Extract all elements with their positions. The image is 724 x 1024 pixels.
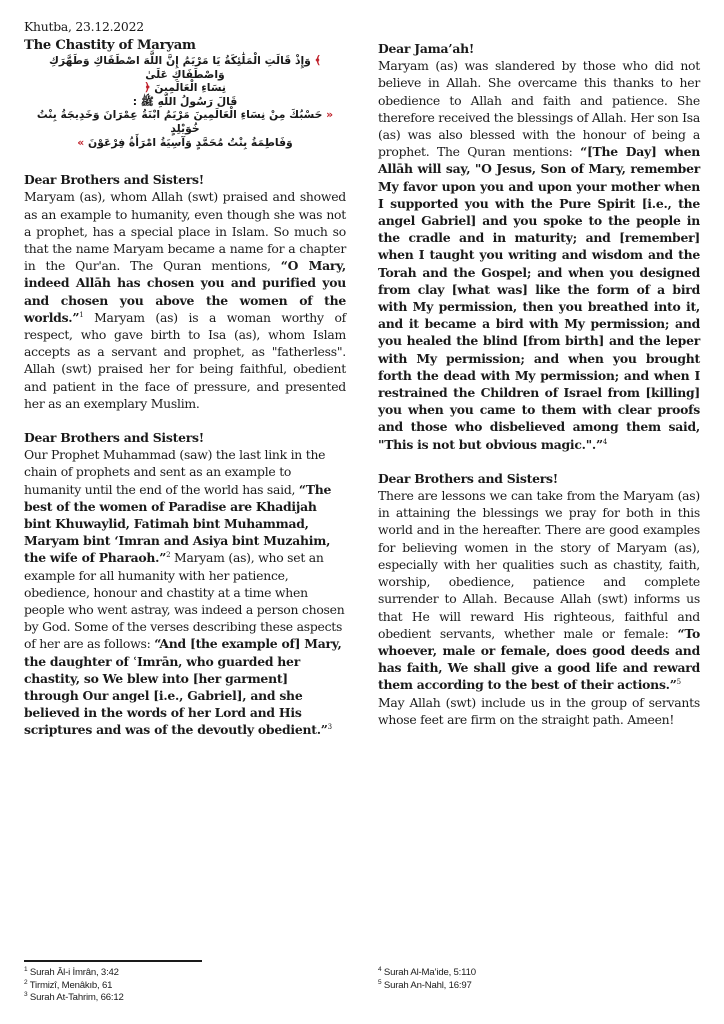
guillemet-open: « — [326, 108, 333, 121]
footnotes-left: 1 Surah Âl-i İmrân, 3:42 2 Tirmizî, Menâ… — [24, 967, 124, 1005]
footnote-ref-3[interactable]: 3 — [328, 723, 332, 731]
footnote-separator — [24, 960, 202, 962]
section-heading-4: Dear Brothers and Sisters! — [378, 470, 700, 487]
footnote-ref-5[interactable]: 5 — [677, 678, 681, 686]
footnote-5: 5 Surah An-Nahl, 16:97 — [378, 980, 476, 993]
khutba-date: Khutba, 23.12.2022 — [24, 18, 346, 35]
quran-quote-3: “And [the example of] Mary, the daughter… — [24, 636, 342, 737]
section-3-paragraph: Maryam (as) was slandered by those who d… — [378, 57, 700, 453]
section-4-paragraph: There are lessons we can take from the M… — [378, 487, 700, 693]
arabic-verse-line-2: نِسَاءِ الْعَالَمِينَ ﴿ — [24, 81, 346, 95]
left-column: Khutba, 23.12.2022 The Chastity of Marya… — [24, 18, 346, 739]
footnote-4: 4 Surah Al-Ma’ide, 5:110 — [378, 967, 476, 980]
arabic-hadith-line-2: وَفَاطِمَةُ بِنْتُ مُحَمَّدٍ وَآسِيَةُ ا… — [24, 136, 346, 150]
arabic-verse-line-1: ﴾ وَإِذْ قَالَتِ الْمَلَٰئِكَةُ يَا مَرْ… — [24, 54, 346, 81]
footnote-1: 1 Surah Âl-i İmrân, 3:42 — [24, 967, 124, 980]
arabic-hadith-intro: قَالَ رَسُولُ اللّهِ ﷺ : — [24, 95, 346, 109]
arabic-verse-block: ﴾ وَإِذْ قَالَتِ الْمَلَٰئِكَةُ يَا مَرْ… — [24, 54, 346, 149]
footnotes-right: 4 Surah Al-Ma’ide, 5:110 5 Surah An-Nahl… — [378, 967, 476, 992]
closing-prayer: May Allah (swt) include us in the group … — [378, 694, 700, 728]
guillemet-close: » — [77, 136, 84, 149]
footnote-2: 2 Tirmizî, Menâkıb, 61 — [24, 980, 124, 993]
ornate-bracket-close: ﴿ — [144, 81, 150, 94]
footnote-ref-4[interactable]: 4 — [603, 438, 607, 446]
footnote-3: 3 Surah At-Tahrim, 66:12 — [24, 992, 124, 1005]
page-title: The Chastity of Maryam — [24, 38, 346, 54]
arabic-hadith-line-1: « حَسْبُكَ مِنْ نِسَاءِ الْعَالَمِينَ مَ… — [24, 108, 346, 135]
section-heading-3: Dear Jama’ah! — [378, 40, 700, 57]
section-heading-1: Dear Brothers and Sisters! — [24, 171, 346, 188]
right-column: Dear Jama’ah! Maryam (as) was slandered … — [378, 40, 700, 728]
section-heading-2: Dear Brothers and Sisters! — [24, 429, 346, 446]
section-1-paragraph: Maryam (as), whom Allah (swt) praised an… — [24, 188, 346, 412]
document-page: Khutba, 23.12.2022 The Chastity of Marya… — [0, 0, 724, 1024]
ornate-bracket-open: ﴾ — [315, 54, 321, 67]
quran-quote-4: “[The Day] when Allāh will say, "O Jesus… — [378, 144, 700, 451]
section-2-paragraph: Our Prophet Muhammad (saw) the last link… — [24, 446, 346, 738]
